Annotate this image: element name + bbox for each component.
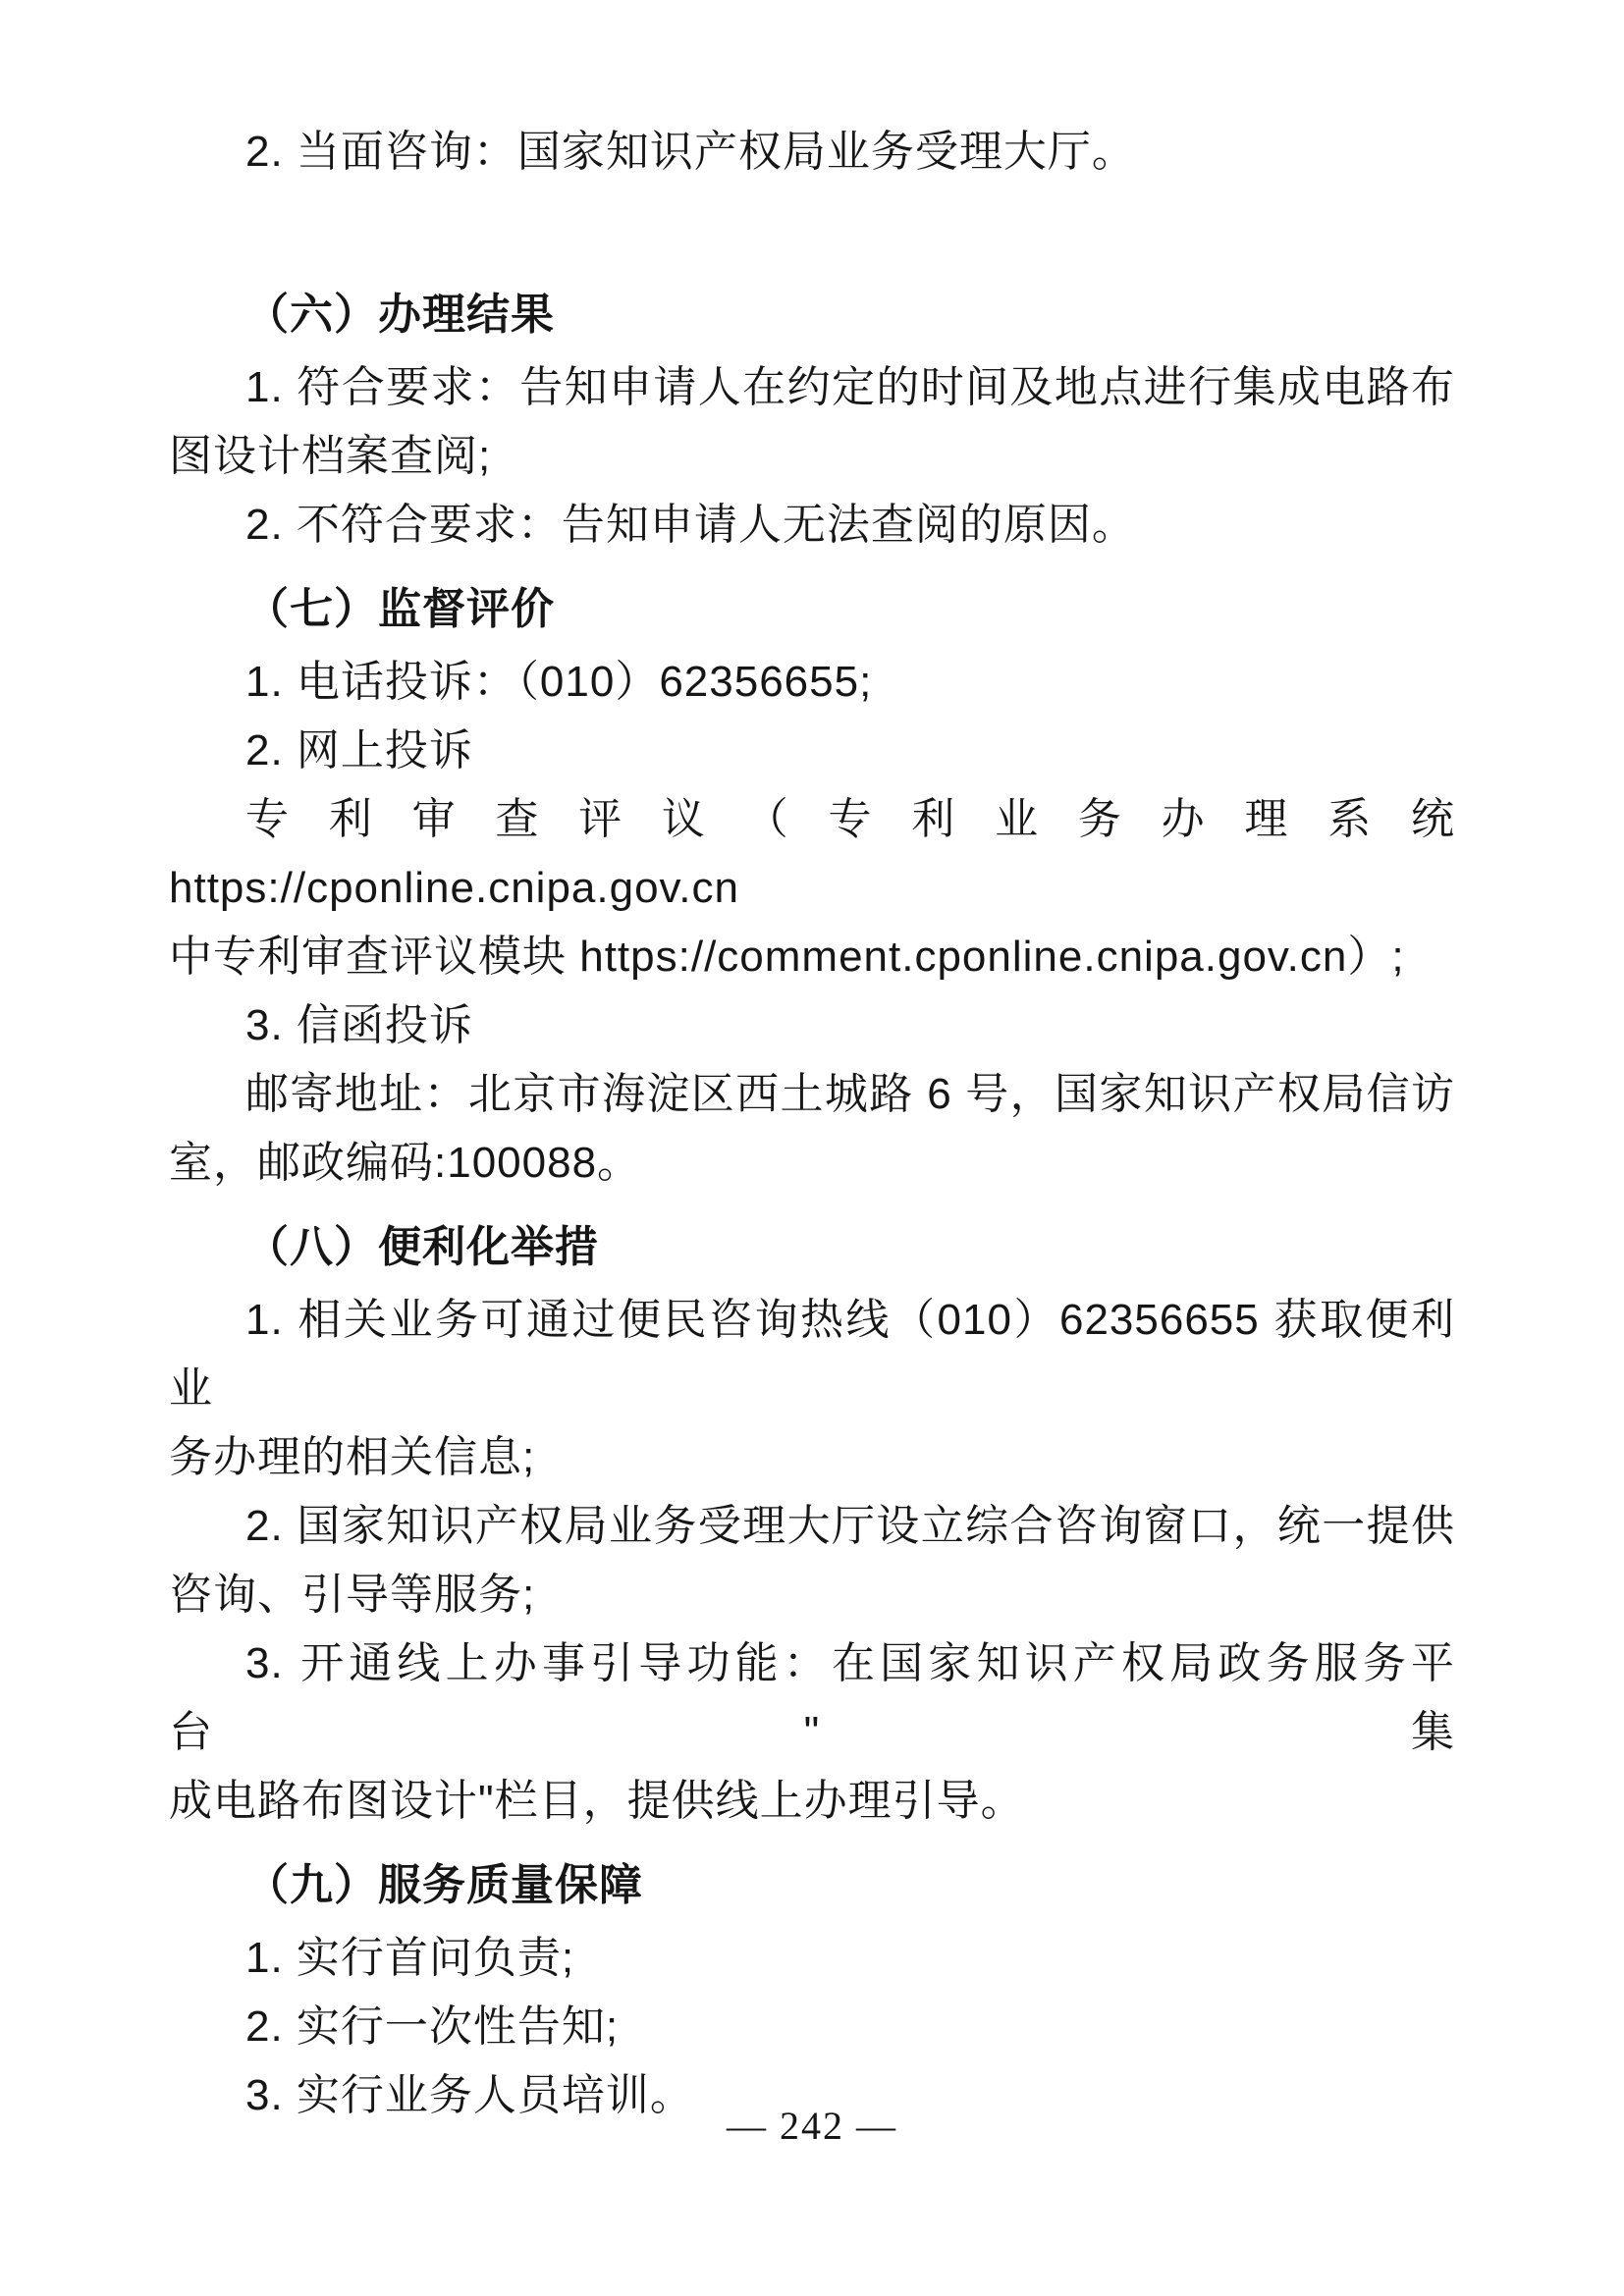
body-line-service-hall-window-cont: 咨询、引导等服务; bbox=[169, 1561, 1455, 1629]
body-line-online-guide: 3. 开通线上办事引导功能：在国家知识产权局政务服务平台"集 bbox=[169, 1629, 1455, 1767]
body-line-meets-requirements: 1. 符合要求：告知申请人在约定的时间及地点进行集成电路布 bbox=[169, 353, 1455, 422]
body-line-consult-in-person: 2. 当面咨询：国家知识产权局业务受理大厅。 bbox=[169, 118, 1455, 187]
body-line-archive-review-cont: 图设计档案查阅; bbox=[169, 422, 1455, 491]
body-line-phone-complaint: 1. 电话投诉：（010）62356655; bbox=[169, 648, 1455, 717]
body-line-letter-complaint: 3. 信函投诉 bbox=[169, 991, 1455, 1060]
document-body: 2. 当面咨询：国家知识产权局业务受理大厅。 （六）办理结果 1. 符合要求：告… bbox=[0, 0, 1624, 2130]
page-number: — 242 — bbox=[0, 2099, 1624, 2154]
body-line-hotline-info-cont: 务办理的相关信息; bbox=[169, 1423, 1455, 1492]
body-line-patent-review-url: 专利审查评议（专利业务办理系统 https://cponline.cnipa.g… bbox=[169, 785, 1455, 923]
body-line-online-complaint: 2. 网上投诉 bbox=[169, 717, 1455, 785]
body-line-comment-url-cont: 中专利审查评议模块 https://comment.cponline.cnipa… bbox=[169, 923, 1455, 991]
document-page: 2. 当面咨询：国家知识产权局业务受理大厅。 （六）办理结果 1. 符合要求：告… bbox=[0, 0, 1624, 2296]
body-line-service-hall-window: 2. 国家知识产权局业务受理大厅设立综合咨询窗口，统一提供 bbox=[169, 1492, 1455, 1561]
section-6-heading: （六）办理结果 bbox=[169, 281, 1455, 349]
section-7-heading: （七）监督评价 bbox=[169, 575, 1455, 644]
body-line-postal-code-cont: 室，邮政编码:100088。 bbox=[169, 1129, 1455, 1198]
body-line-mailing-address: 邮寄地址：北京市海淀区西土城路 6 号，国家知识产权局信访 bbox=[169, 1060, 1455, 1129]
body-line-online-guide-cont: 成电路布图设计"栏目，提供线上办理引导。 bbox=[169, 1767, 1455, 1836]
body-line-not-meets-requirements: 2. 不符合要求：告知申请人无法查阅的原因。 bbox=[169, 491, 1455, 560]
body-line-first-inquiry: 1. 实行首问负责; bbox=[169, 1924, 1455, 1993]
section-9-heading: （九）服务质量保障 bbox=[169, 1851, 1455, 1920]
body-line-one-time-notice: 2. 实行一次性告知; bbox=[169, 1993, 1455, 2061]
section-8-heading: （八）便利化举措 bbox=[169, 1213, 1455, 1282]
body-line-hotline-info: 1. 相关业务可通过便民咨询热线（010）62356655 获取便利业 bbox=[169, 1286, 1455, 1423]
